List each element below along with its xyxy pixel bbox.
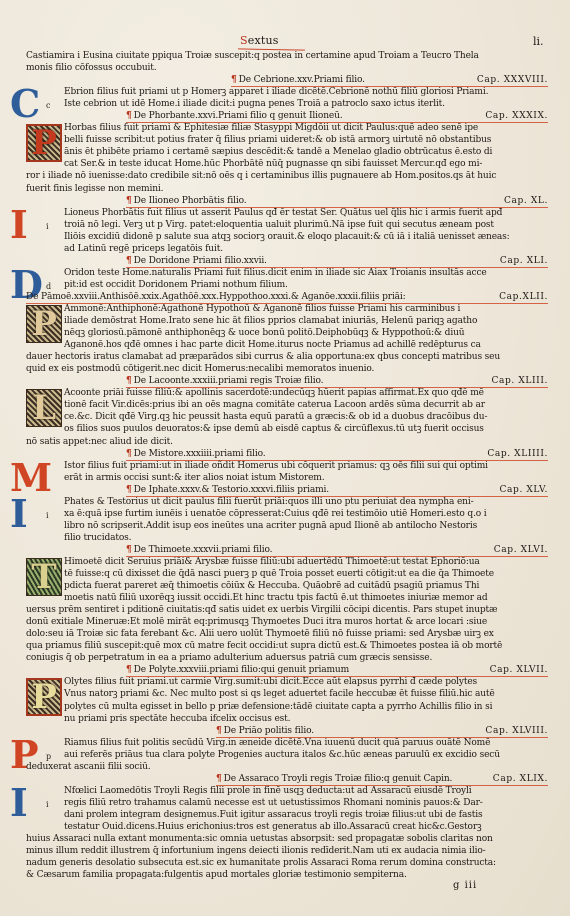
chapter-section: ¶De Assaraco Troyli regis Troiæ filio:q …: [26, 773, 548, 881]
text-line: fuerit finis legisse non memini.: [26, 183, 548, 195]
decorated-initial-i: I: [10, 784, 28, 822]
pilcrow-icon: ¶: [126, 545, 132, 555]
text-line: monis filio cōfossus occubuit.: [26, 62, 548, 74]
decorated-initial-i: I: [10, 206, 28, 244]
chapters: ¶De Cebrione.xxv.Priami filio.Cap. XXXVI…: [26, 74, 548, 881]
chapter-heading: ¶De Assaraco Troyli regis Troiæ filio:q …: [216, 773, 452, 785]
text-line: ānis ēt phibēte priamo i certamē sæpius …: [26, 146, 548, 158]
chapter-number: Cap. XL.: [504, 195, 548, 207]
chapter-heading-line: De Pāmoē.xxviii.Anthisōē.xxix.Agathōē.xx…: [26, 291, 548, 303]
text-line: Aganonē.hos qđē omnes i hac parte dicit …: [26, 339, 548, 351]
text-line: deduxerat ascanii filii sociū.: [26, 761, 548, 773]
text-line: huius Assaraci nulla extant monumenta:si…: [26, 833, 548, 845]
text-line: Castiamira i Eusina ciuitate ppiqua Troi…: [26, 50, 548, 62]
pilcrow-icon: ¶: [216, 726, 222, 736]
text-line: Riamus filius fuit politis secūdū Virg.i…: [26, 737, 548, 749]
text-line: os filios suos puulos deuoratos:& ipse d…: [26, 423, 548, 435]
text-line: nō satis appet:nec aliud ide dicit.: [26, 436, 548, 448]
chapter-section: De Pāmoē.xxviii.Anthisōē.xxix.Agathōē.xx…: [26, 291, 548, 375]
text-line: Acoonte priāi fuisse filiū:& apollinis s…: [26, 387, 548, 399]
text-line: aui referēs priāus tua clara polyte Prog…: [26, 749, 548, 761]
chapter-number: Cap. XLV.: [500, 484, 548, 496]
chapter-section: ¶De Thimoete.xxxvii.priami filio.Cap. XL…: [26, 544, 548, 664]
chapter-section: ¶De Doridone Priami filio.xxvii.Cap. XLI…: [26, 255, 548, 291]
decorated-initial-i: I: [10, 495, 28, 533]
text-line: regis filiū retro trahamus calamū necess…: [26, 797, 548, 809]
chapter-heading-text: De Pāmoē.xxviii.Anthisōē.xxix.Agathōē.xx…: [26, 292, 406, 302]
pilcrow-icon: ¶: [126, 665, 132, 675]
chapter-number: Cap. XLVIII.: [485, 725, 548, 737]
chapter-number: Cap. XXXVIII.: [477, 74, 548, 86]
text-line: Istor filius fuit priami:ut in iliade oñ…: [26, 460, 548, 472]
chapter-section: ¶De Ilioneo Phorbātis filio.Cap. XL.iILi…: [26, 195, 548, 255]
text-line: ror i iliade nō iuenisse:dato credibile …: [26, 170, 548, 182]
text-line: Himoetē dicit Seruius priāi& Arysbæ fuis…: [26, 556, 548, 568]
text-line: qua priamus filiū suscepit:quē mox cū ma…: [26, 640, 548, 652]
chapter-heading: ¶De Ilioneo Phorbātis filio.: [126, 195, 246, 207]
pilcrow-icon: ¶: [126, 376, 132, 386]
folio-number: li.: [533, 35, 544, 48]
text-line: ce.&c. Dicit qđē Virg.qꝫ hic peussit has…: [26, 411, 548, 423]
pilcrow-icon: ¶: [126, 485, 132, 495]
page-header: Sextus li.: [0, 0, 570, 40]
chapter-heading-line: ¶De Ilioneo Phorbātis filio.Cap. XL.: [26, 195, 548, 207]
chapter-number: Cap. XLIIII.: [487, 448, 548, 460]
text-line: uersus prēm sentiret i pditionē ciuitati…: [26, 604, 548, 616]
chapter-heading-text: De Lacoonte.xxxiii.priami regis Troiæ fi…: [134, 376, 324, 386]
chapter-section: ¶De Polyte.xxxviii.priami filio:qui genu…: [26, 664, 548, 724]
text-line: polytes cū multa egisset in bello p priæ…: [26, 701, 548, 713]
text-block: Castiamira i Eusina ciuitate ppiqua Troi…: [26, 50, 548, 881]
text-line: filio trucidatos.: [26, 532, 548, 544]
chapter-heading-text: De Phorbante.xxvi.Priami filio q genuit …: [134, 111, 343, 121]
text-line: Oridon teste Home.naturalis Priami fuit …: [26, 267, 548, 279]
chapter-heading-text: De Doridone Priami filio.xxvii.: [134, 256, 267, 266]
chapter-heading: ¶De Polyte.xxxviii.priami filio:qui genu…: [126, 664, 349, 676]
text-line: Lioneus Phorbātis fuit filius ut asserit…: [26, 207, 548, 219]
chapter-heading-line: ¶De Lacoonte.xxxiii.priami regis Troiæ f…: [26, 375, 548, 387]
chapter-section: ¶De Priāo politis filio.Cap. XLVIII.pPRi…: [26, 725, 548, 773]
chapter-heading-text: De Assaraco Troyli regis Troiæ filio:q g…: [224, 774, 453, 784]
chapter-heading: ¶De Doridone Priami filio.xxvii.: [126, 255, 267, 267]
pilcrow-icon: ¶: [126, 256, 132, 266]
text-line: xa ē:quā ipse furtim iunēis i uenatōe cō…: [26, 508, 548, 520]
chapter-heading-text: De Priāo politis filio.: [224, 726, 314, 736]
chapter-heading-text: De Cebrione.xxv.Priami filio.: [239, 75, 365, 85]
text-line: coniugis q̄ ob perpetratum in ea a priam…: [26, 652, 548, 664]
text-line: nēqꝫ gloriosū.pāmonē anthiphonēqꝫ & uoce…: [26, 327, 548, 339]
signature-mark: g iii: [453, 880, 477, 891]
chapter-heading-line: ¶De Iphate.xxxv.& Testorio.xxxvi.filiis …: [26, 484, 548, 496]
chapter-heading-text: De Iphate.xxxv.& Testorio.xxxvi.filiis p…: [134, 485, 329, 495]
book-page: Sextus li. Castiamira i Eusina ciuitate …: [0, 0, 570, 916]
chapter-heading-line: ¶De Priāo politis filio.Cap. XLVIII.: [26, 725, 548, 737]
text-line: tē fuisse:q cū dixisset die q̄dā nasci p…: [26, 568, 548, 580]
text-line: ad Latinū regē priceps legatōis fuit.: [26, 243, 548, 255]
chapter-heading: De Pāmoē.xxviii.Anthisōē.xxix.Agathōē.xx…: [26, 291, 406, 303]
text-line: dauer hectoris iratus clamabat ad præpar…: [26, 351, 548, 363]
pilcrow-icon: ¶: [231, 75, 237, 85]
chapter-heading-line: ¶De Doridone Priami filio.xxvii.Cap. XLI…: [26, 255, 548, 267]
text-line: donū exitiale Mineruæ:Et molē mirāt eq:p…: [26, 616, 548, 628]
text-line: pdicta fuerat pareret æq̄ thimoetis cōiū…: [26, 580, 548, 592]
text-line: Ammonē:Anthiphonē:Agathonē Hypothoū & Ag…: [26, 303, 548, 315]
text-line: Ebrion filius fuit priami ut p Homerꝫ ap…: [26, 86, 548, 98]
text-line: Nfœlici Laomedōtis Troyli Regis filii pr…: [26, 785, 548, 797]
text-line: belli fuisse scribit:ut potius frater q̄…: [26, 134, 548, 146]
text-line: pit:id est occidit Doridonem Priami noth…: [26, 279, 548, 291]
text-line: tionē facit Vir.dicēs:prius ibi an oēs m…: [26, 399, 548, 411]
text-line: dolo:seu iā Troiæ sic fata ferebant &c. …: [26, 628, 548, 640]
chapter-section: ¶De Mistore.xxxiiii.priami filio.Cap. XL…: [26, 448, 548, 484]
text-line: nadum generis desolatio subsecuta est.si…: [26, 857, 548, 869]
chapter-section: ¶De Cebrione.xxv.Priami filio.Cap. XXXVI…: [26, 74, 548, 110]
pilcrow-icon: ¶: [216, 774, 222, 784]
chapter-heading-line: ¶De Polyte.xxxviii.priami filio:qui genu…: [26, 664, 548, 676]
text-line: nu priami pris spectāte heccuba ifcelix …: [26, 713, 548, 725]
chapter-heading-text: De Mistore.xxxiiii.priami filio.: [134, 449, 266, 459]
chapter-number: Cap. XLVI.: [494, 544, 548, 556]
chapter-heading-line: ¶De Assaraco Troyli regis Troiæ filio:q …: [26, 773, 548, 785]
chapter-number: Cap. XLVII.: [490, 664, 548, 676]
chapter-number: Cap.XLII.: [499, 291, 548, 303]
chapter-heading: ¶De Phorbante.xxvi.Priami filio q genuit…: [126, 110, 343, 122]
chapter-section: ¶De Phorbante.xxvi.Priami filio q genuit…: [26, 110, 548, 194]
chapter-heading-text: De Ilioneo Phorbātis filio.: [134, 196, 247, 206]
chapter-heading: ¶De Cebrione.xxv.Priami filio.: [231, 74, 365, 86]
text-line: quid ex eis postmodū cōtigerit.nec dicit…: [26, 363, 548, 375]
text-line: troiā nō legi. Verꝫ ut p Virg. patet:elo…: [26, 219, 548, 231]
text-line: testatur Ouid.dicens.Huius erichonius:tr…: [26, 821, 548, 833]
text-line: Iliōis excidiū didonē p salute sua atqꝫ …: [26, 231, 548, 243]
text-line: libro nō scripserit.Addit isup eos ineūt…: [26, 520, 548, 532]
running-title-rest: extus: [248, 34, 279, 47]
text-line: iliade demōstrat Home.Irato sene hic āt …: [26, 315, 548, 327]
pilcrow-icon: ¶: [126, 196, 132, 206]
text-line: Olytes filius fuit priami.ut carmie Virg…: [26, 676, 548, 688]
text-line: Vnus natorꝫ priami &c. Nec multo post si…: [26, 688, 548, 700]
pilcrow-icon: ¶: [126, 111, 132, 121]
text-line: Phates & Testorius ut dicit paulus filii…: [26, 496, 548, 508]
running-title-initial: S: [240, 34, 248, 47]
chapter-heading-line: ¶De Phorbante.xxvi.Priami filio q genuit…: [26, 110, 548, 122]
chapter-heading: ¶De Thimoete.xxxvii.priami filio.: [126, 544, 272, 556]
chapter-heading-line: ¶De Mistore.xxxiiii.priami filio.Cap. XL…: [26, 448, 548, 460]
chapter-heading: ¶De Iphate.xxxv.& Testorio.xxxvi.filiis …: [126, 484, 329, 496]
chapter-heading: ¶De Lacoonte.xxxiii.priami regis Troiæ f…: [126, 375, 323, 387]
text-line: moetis natū filiū uxorēqꝫ iussit occidi.…: [26, 592, 548, 604]
text-line: cat Ser.& in teste iducat Home.hūc Phorb…: [26, 158, 548, 170]
chapter-section: ¶De Lacoonte.xxxiii.priami regis Troiæ f…: [26, 375, 548, 447]
text-line: dani prolem integram designemus.Fuit igi…: [26, 809, 548, 821]
chapter-heading-line: ¶De Cebrione.xxv.Priami filio.Cap. XXXVI…: [26, 74, 548, 86]
chapter-number: Cap. XLIX.: [493, 773, 548, 785]
chapter-heading-text: De Polyte.xxxviii.priami filio:qui genui…: [134, 665, 349, 675]
chapter-number: Cap. XXXIX.: [485, 110, 548, 122]
chapter-heading: ¶De Priāo politis filio.: [216, 725, 314, 737]
chapter-section: ¶De Iphate.xxxv.& Testorio.xxxvi.filiis …: [26, 484, 548, 544]
text-line: Iste cebrion ut idē Home.i iliade dicit:…: [26, 98, 548, 110]
text-line: erāt in armis occisi sunt:& iter alios n…: [26, 472, 548, 484]
chapter-heading-line: ¶De Thimoete.xxxvii.priami filio.Cap. XL…: [26, 544, 548, 556]
text-line: minus illum reddit illustrem q̄ infortun…: [26, 845, 548, 857]
chapter-number: Cap. XLIII.: [491, 375, 548, 387]
chapter-heading-text: De Thimoete.xxxvii.priami filio.: [134, 545, 273, 555]
pilcrow-icon: ¶: [126, 449, 132, 459]
text-line: Horbas filius fuit priami & Ephitesiæ fi…: [26, 122, 548, 134]
chapter-heading: ¶De Mistore.xxxiiii.priami filio.: [126, 448, 265, 460]
running-title: Sextus: [240, 34, 279, 47]
chapter-number: Cap. XLI.: [500, 255, 548, 267]
